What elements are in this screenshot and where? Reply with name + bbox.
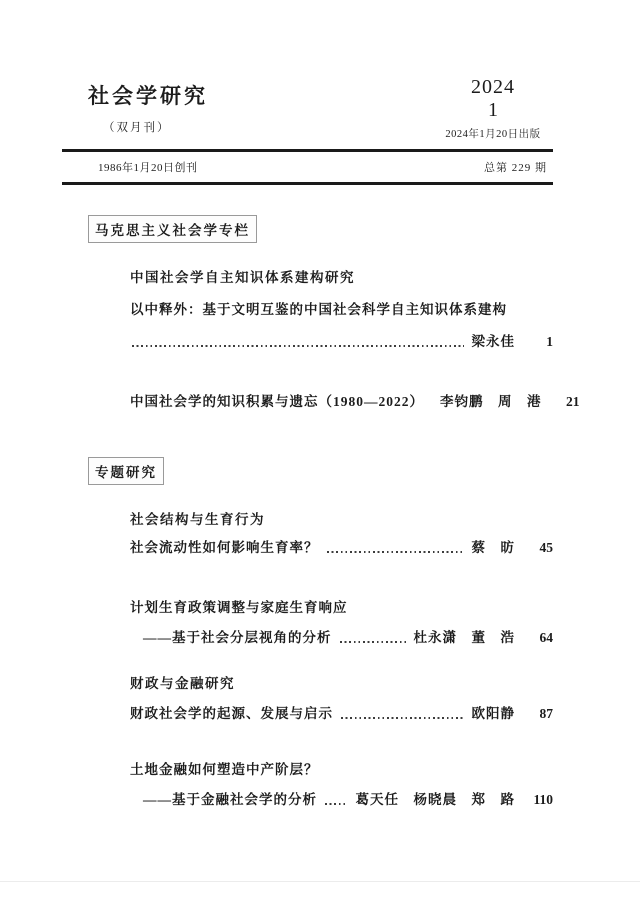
article-page-number: 87 [527, 705, 553, 723]
article-authors: 梁永佳 [472, 333, 516, 351]
dot-leader [340, 641, 406, 643]
article-subtitle: ——基于金融社会学的分析 [143, 791, 317, 809]
article-authors: 蔡 昉 [472, 539, 516, 557]
article-subtitle: ——基于社会分层视角的分析 [143, 629, 332, 647]
dot-leader [341, 717, 464, 719]
article-page-number: 21 [554, 393, 580, 411]
section-label-marxist-sociology: 马克思主义社会学专栏 [88, 215, 257, 243]
journal-title-block: 社会学研究 （双月刊） [88, 80, 208, 135]
dot-leader [325, 803, 348, 805]
article-leader-row: 社会流动性如何影响生育率？ 蔡 昉 45 [130, 539, 553, 557]
scan-artifact-line [0, 881, 640, 882]
article-authors: 欧阳静 [472, 705, 516, 723]
article-authors: 葛天任 杨晓晨 郑 路 [356, 791, 516, 809]
journal-subtitle: （双月刊） [103, 119, 208, 135]
journal-title: 社会学研究 [88, 80, 208, 110]
article-entry: 中国社会学的知识积累与遗忘（1980—2022） 李钧鹏 周 港 21 [130, 393, 553, 411]
article-leader-row: ——基于金融社会学的分析 葛天任 杨晓晨 郑 路 110 [130, 791, 553, 809]
article-page-number: 64 [527, 629, 553, 647]
article-page-number: 110 [527, 791, 553, 809]
dot-leader [132, 345, 464, 347]
topic-heading: 财政与金融研究 [130, 675, 553, 693]
cumulative-issue: 总第 229 期 [484, 159, 547, 175]
article-leader-row: ——基于社会分层视角的分析 杜永潇 董 浩 64 [130, 629, 553, 647]
article-entry: 社会流动性如何影响生育率？ 蔡 昉 45 [130, 539, 553, 557]
article-title: 以中释外：基于文明互鉴的中国社会科学自主知识体系建构 [130, 301, 553, 319]
article-page-number: 1 [527, 333, 553, 351]
article-title: 财政社会学的起源、发展与启示 [130, 705, 333, 723]
divider-rule-bottom [62, 182, 553, 185]
issue-year: 2024 [433, 76, 553, 99]
article-title: 计划生育政策调整与家庭生育响应 [130, 599, 553, 617]
journal-meta-row: 1986年1月20日创刊 总第 229 期 [62, 152, 553, 182]
dot-leader [327, 551, 464, 553]
article-title: 中国社会学的知识积累与遗忘（1980—2022） [130, 393, 424, 411]
article-leader-row: 中国社会学的知识积累与遗忘（1980—2022） 李钧鹏 周 港 21 [130, 393, 553, 411]
article-title: 土地金融如何塑造中产阶层？ [130, 761, 553, 779]
article-authors: 杜永潇 董 浩 [414, 629, 516, 647]
article-page-number: 45 [527, 539, 553, 557]
founding-date: 1986年1月20日创刊 [98, 159, 198, 175]
article-leader-row: 梁永佳 1 [130, 333, 553, 351]
article-entry: 以中释外：基于文明互鉴的中国社会科学自主知识体系建构 梁永佳 1 [130, 301, 553, 351]
table-of-contents: 马克思主义社会学专栏 中国社会学自主知识体系建构研究 以中释外：基于文明互鉴的中… [62, 215, 553, 809]
article-leader-row: 财政社会学的起源、发展与启示 欧阳静 87 [130, 705, 553, 723]
page-content: 社会学研究 （双月刊） 2024 1 2024年1月20日出版 1986年1月2… [62, 0, 553, 809]
article-entry: 计划生育政策调整与家庭生育响应 ——基于社会分层视角的分析 杜永潇 董 浩 64 [130, 599, 553, 647]
section-label-special-topics: 专题研究 [88, 457, 164, 485]
topic-heading: 社会结构与生育行为 [130, 511, 553, 529]
article-authors: 李钧鹏 周 港 [440, 393, 542, 411]
publish-date: 2024年1月20日出版 [433, 126, 553, 141]
journal-contents-page: 社会学研究 （双月刊） 2024 1 2024年1月20日出版 1986年1月2… [0, 0, 640, 899]
article-entry: 土地金融如何塑造中产阶层？ ——基于金融社会学的分析 葛天任 杨晓晨 郑 路 1… [130, 761, 553, 809]
article-entry: 财政社会学的起源、发展与启示 欧阳静 87 [130, 705, 553, 723]
issue-number: 1 [433, 99, 553, 121]
topic-heading: 中国社会学自主知识体系建构研究 [130, 269, 553, 287]
issue-block: 2024 1 2024年1月20日出版 [433, 76, 553, 141]
journal-header: 社会学研究 （双月刊） 2024 1 2024年1月20日出版 [62, 80, 553, 149]
article-title: 社会流动性如何影响生育率？ [130, 539, 319, 557]
